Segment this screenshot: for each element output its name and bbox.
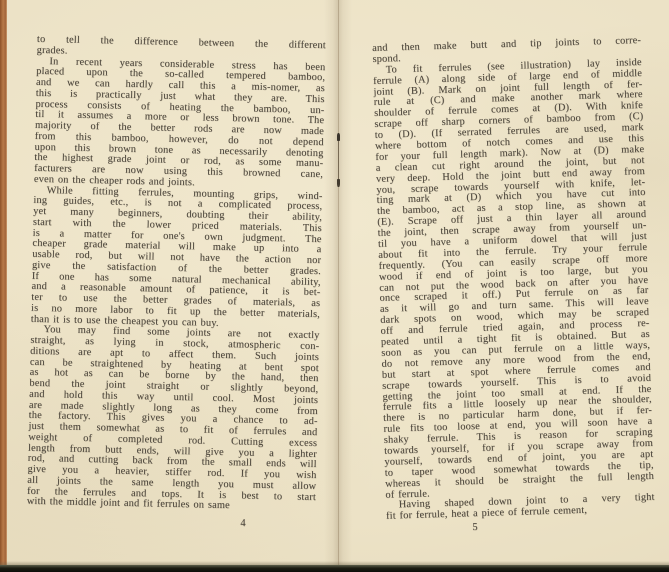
paragraph: While fitting ferrules, mounting grips, … [31,185,323,331]
right-page: and then make butt and tip joints to cor… [372,36,655,523]
gutter-fold-line [338,0,339,565]
paragraph: You may find some joints are not exactly… [27,325,320,514]
scanned-book-spread: to tell the difference between the diffe… [0,0,669,572]
right-page-number: 5 [472,522,477,533]
paragraph: To fit ferrules (see illustration) lay i… [373,58,655,501]
staple-wire [338,138,339,182]
left-page: to tell the difference between the diffe… [27,35,326,514]
book-left-edge [0,0,7,565]
staple-bottom-point [337,179,340,187]
staple-mark [336,133,342,187]
staple-top-point [337,133,340,141]
left-page-number: 4 [240,518,245,529]
photo-bottom-background [0,565,669,572]
paragraph: In recent years considerable stress has … [34,56,326,191]
